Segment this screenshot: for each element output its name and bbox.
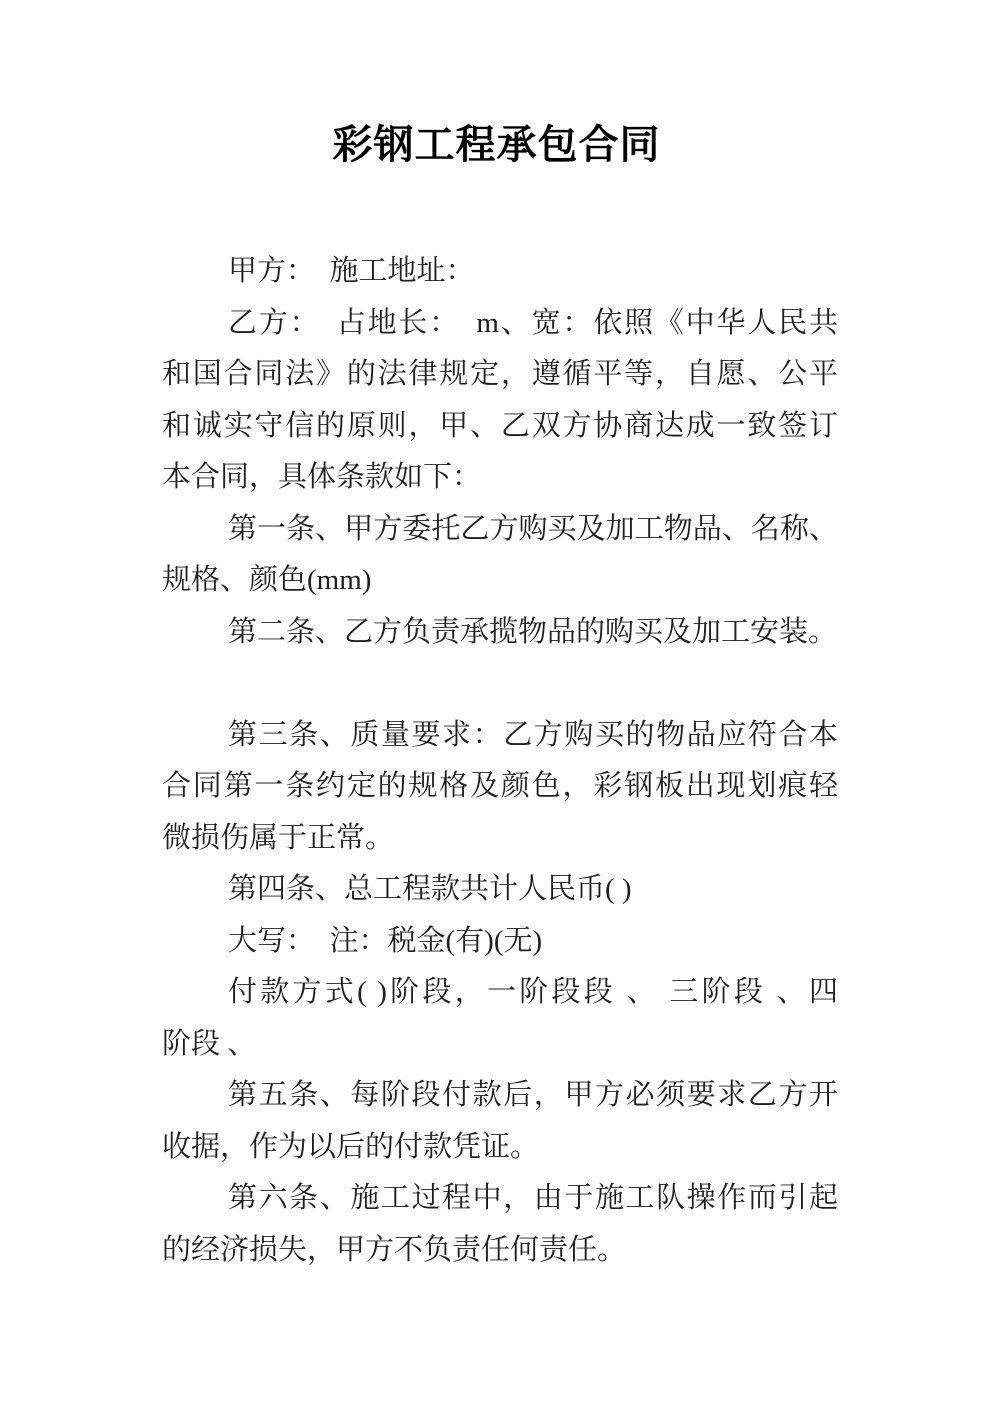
text-line: 第六条、施工过程中，由于施工队操作而引起 <box>162 1173 838 1225</box>
text-line: 第三条、质量要求：乙方购买的物品应符合本 <box>162 710 838 762</box>
text-line: 微损伤属于正常。 <box>162 813 838 865</box>
text-line: 甲方： 施工地址： <box>162 246 838 298</box>
text-line: 付款方式( )阶段，一阶段段 、 三阶段 、四 <box>162 967 838 1019</box>
contract-page: 彩钢工程承包合同 甲方： 施工地址：乙方： 占地长： m、宽：依照《中华人民共和… <box>0 0 993 1404</box>
text-line: 收据，作为以后的付款凭证。 <box>162 1122 838 1174</box>
text-line: 规格、颜色(mm) <box>162 555 838 607</box>
text-line <box>162 658 838 710</box>
document-title: 彩钢工程承包合同 <box>0 0 993 173</box>
text-line: 大写： 注：税金(有)(无) <box>162 916 838 968</box>
text-line: 和国合同法》的法律规定，遵循平等，自愿、公平 <box>162 349 838 401</box>
text-line: 合同第一条约定的规格及颜色，彩钢板出现划痕轻 <box>162 761 838 813</box>
text-line: 阶段 、 <box>162 1019 838 1071</box>
text-line: 第二条、乙方负责承揽物品的购买及加工安装。 <box>162 607 838 659</box>
text-line: 第五条、每阶段付款后，甲方必须要求乙方开 <box>162 1070 838 1122</box>
text-line: 本合同，具体条款如下： <box>162 452 838 504</box>
text-line: 和诚实守信的原则，甲、乙双方协商达成一致签订 <box>162 401 838 453</box>
text-line: 第四条、总工程款共计人民币( ) <box>162 864 838 916</box>
text-line: 乙方： 占地长： m、宽：依照《中华人民共 <box>162 298 838 350</box>
text-line: 第一条、甲方委托乙方购买及加工物品、名称、 <box>162 504 838 556</box>
document-body: 甲方： 施工地址：乙方： 占地长： m、宽：依照《中华人民共和国合同法》的法律规… <box>162 246 838 1276</box>
text-line: 的经济损失，甲方不负责任何责任。 <box>162 1225 838 1277</box>
